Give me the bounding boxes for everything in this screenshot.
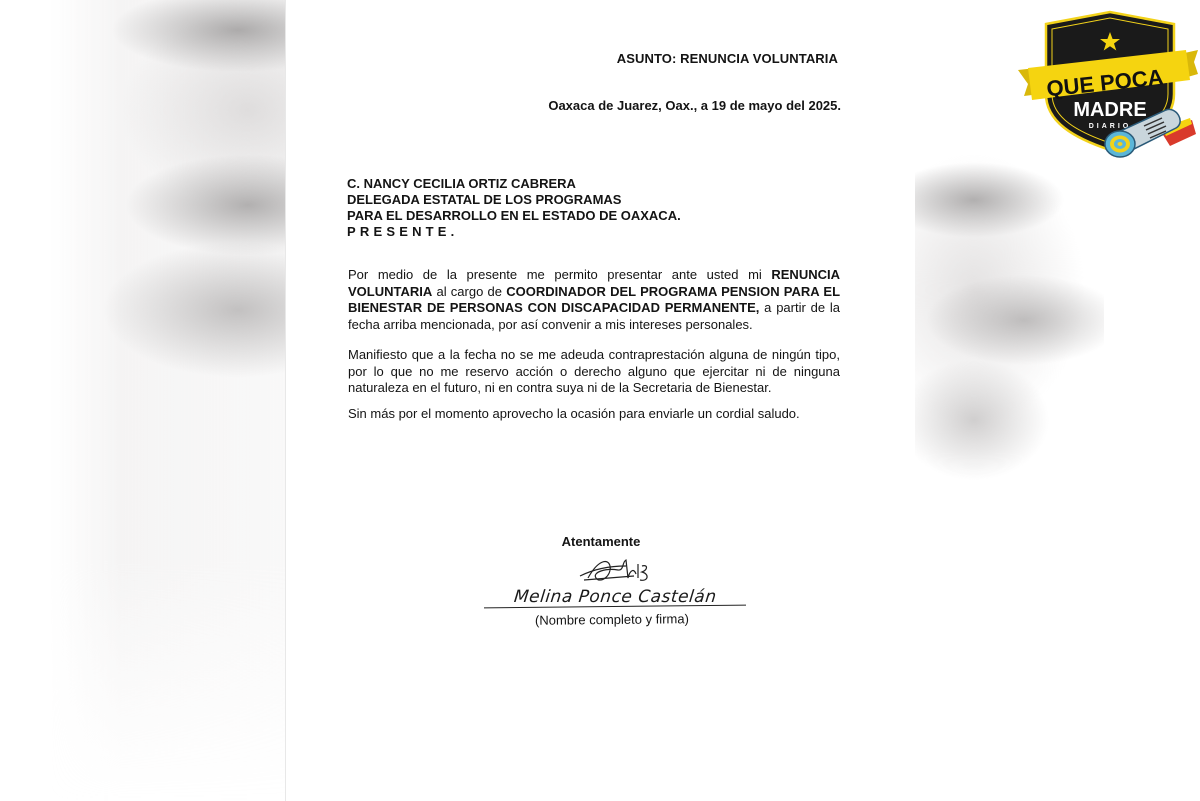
blurred-background-left [48, 0, 288, 801]
que-poca-madre-logo: QUE POCA MADRE DIARIO [1018, 10, 1198, 160]
handwritten-signature-icon [578, 556, 658, 588]
recipient-title-2: PARA EL DESARROLLO EN EL ESTADO DE OAXAC… [347, 208, 681, 224]
letter-subject: ASUNTO: RENUNCIA VOLUNTARIA [617, 51, 838, 67]
blurred-background-right [914, 140, 1104, 660]
paragraph-text: al cargo de [432, 284, 506, 299]
letter-closing: Atentamente [286, 534, 916, 550]
recipient-title-1: DELEGADA ESTATAL DE LOS PROGRAMAS [347, 192, 681, 208]
resignation-letter-page: ASUNTO: RENUNCIA VOLUNTARIA Oaxaca de Ju… [285, 0, 915, 801]
letter-paragraph-2: Manifiesto que a la fecha no se me adeud… [348, 347, 840, 397]
signature-caption: (Nombre completo y firma) [535, 611, 689, 628]
letter-paragraph-1: Por medio de la presente me permito pres… [348, 267, 840, 333]
letter-recipient: C. NANCY CECILIA ORTIZ CABRERA DELEGADA … [347, 176, 681, 240]
signature-handwritten-name: Melina Ponce Castelán [513, 587, 718, 607]
letter-dateline: Oaxaca de Juarez, Oax., a 19 de mayo del… [548, 98, 841, 114]
letter-paragraph-3: Sin más por el momento aprovecho la ocas… [348, 406, 840, 423]
paragraph-text: Por medio de la presente me permito pres… [348, 267, 771, 282]
recipient-presente: PRESENTE. [347, 224, 681, 240]
newspaper-roll-icon [1100, 100, 1196, 164]
recipient-name: C. NANCY CECILIA ORTIZ CABRERA [347, 176, 681, 192]
